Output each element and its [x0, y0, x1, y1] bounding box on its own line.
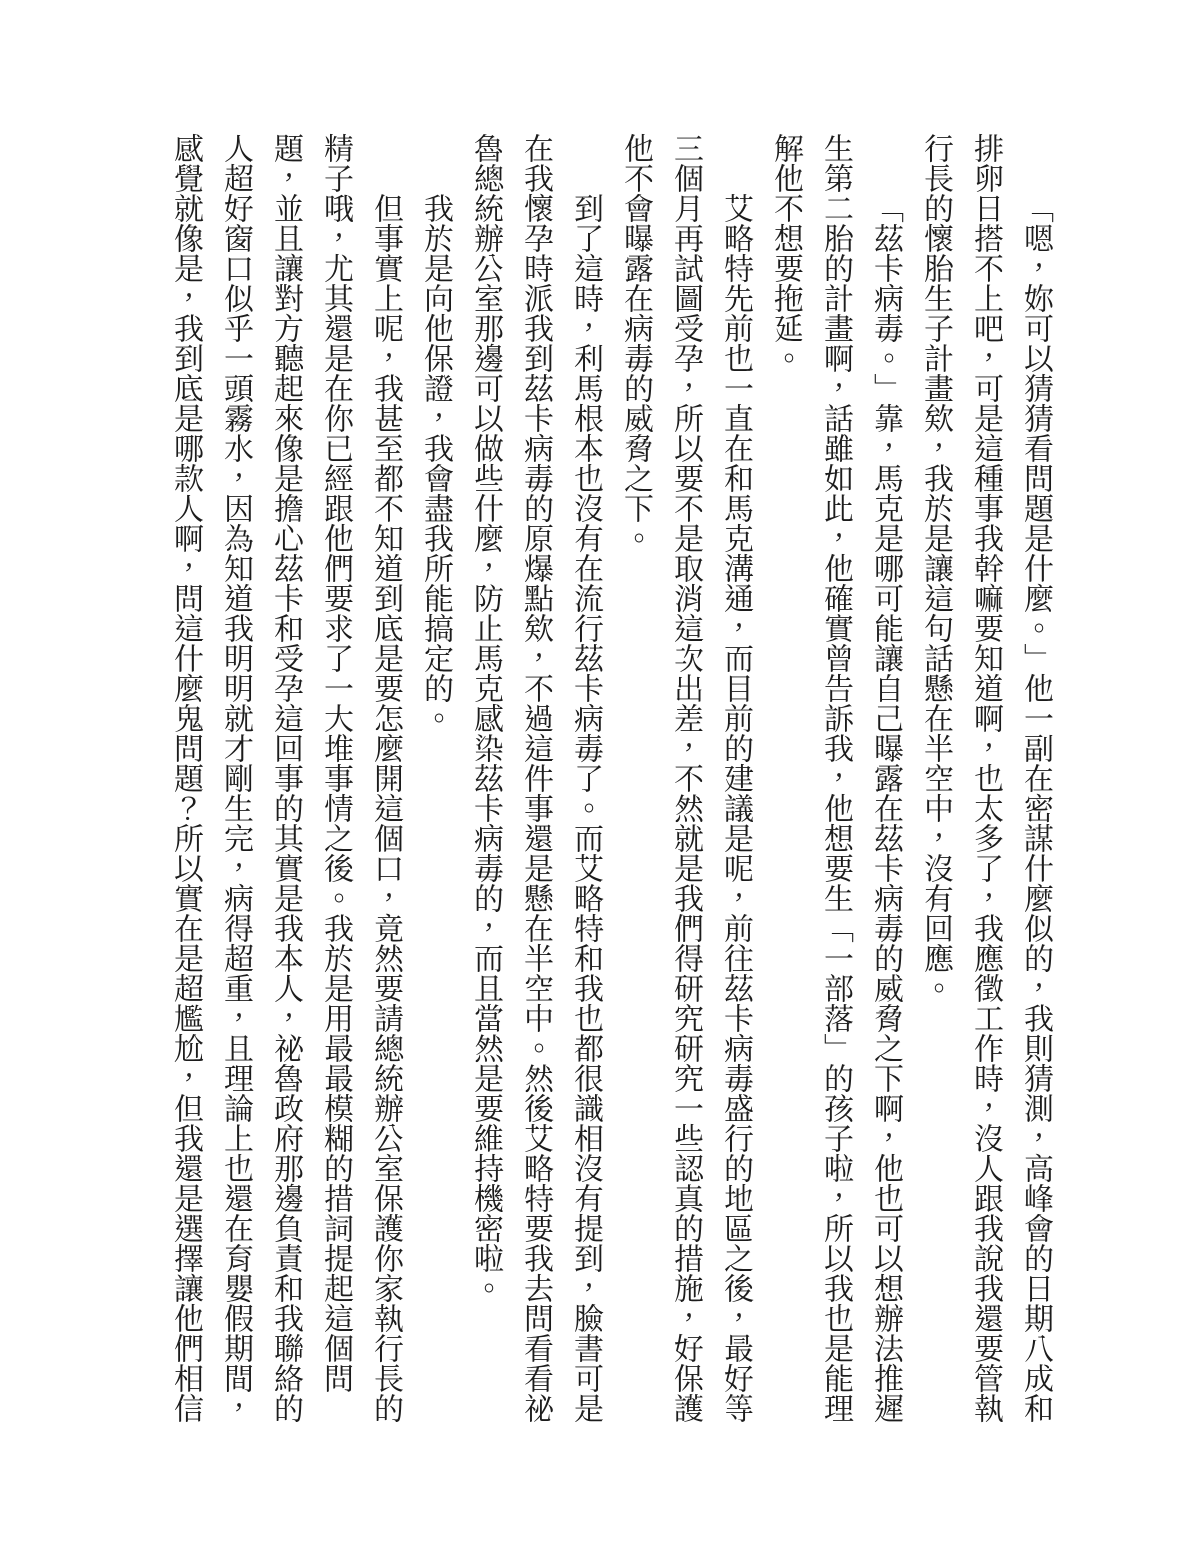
- vertical-text-block: 「嗯，妳可以猜猜看問題是什麼。」他一副在密謀什麼似的，我則猜測，高峰會的日期八成…: [160, 133, 1060, 1433]
- paragraph: 「茲卡病毒。」靠，馬克是哪可能讓自己曝露在茲卡病毒的威脅之下啊，他也可以想辦法推…: [760, 133, 910, 1433]
- paragraph: 我於是向他保證，我會盡我所能搞定的。: [410, 133, 460, 1433]
- book-page: 「嗯，妳可以猜猜看問題是什麼。」他一副在密謀什麼似的，我則猜測，高峰會的日期八成…: [0, 0, 1200, 1552]
- paragraph: 到了這時，利馬根本也沒有在流行茲卡病毒了。而艾略特和我也都很識相沒有提到，臉書可…: [460, 133, 610, 1433]
- paragraph: 但事實上呢，我甚至都不知道到底是要怎麼開這個口，竟然要請總統辦公室保護你家執行長…: [160, 133, 410, 1433]
- paragraph: 艾略特先前也一直在和馬克溝通，而目前的建議是呢，前往茲卡病毒盛行的地區之後，最好…: [610, 133, 760, 1433]
- paragraph: 「嗯，妳可以猜猜看問題是什麼。」他一副在密謀什麼似的，我則猜測，高峰會的日期八成…: [910, 133, 1060, 1433]
